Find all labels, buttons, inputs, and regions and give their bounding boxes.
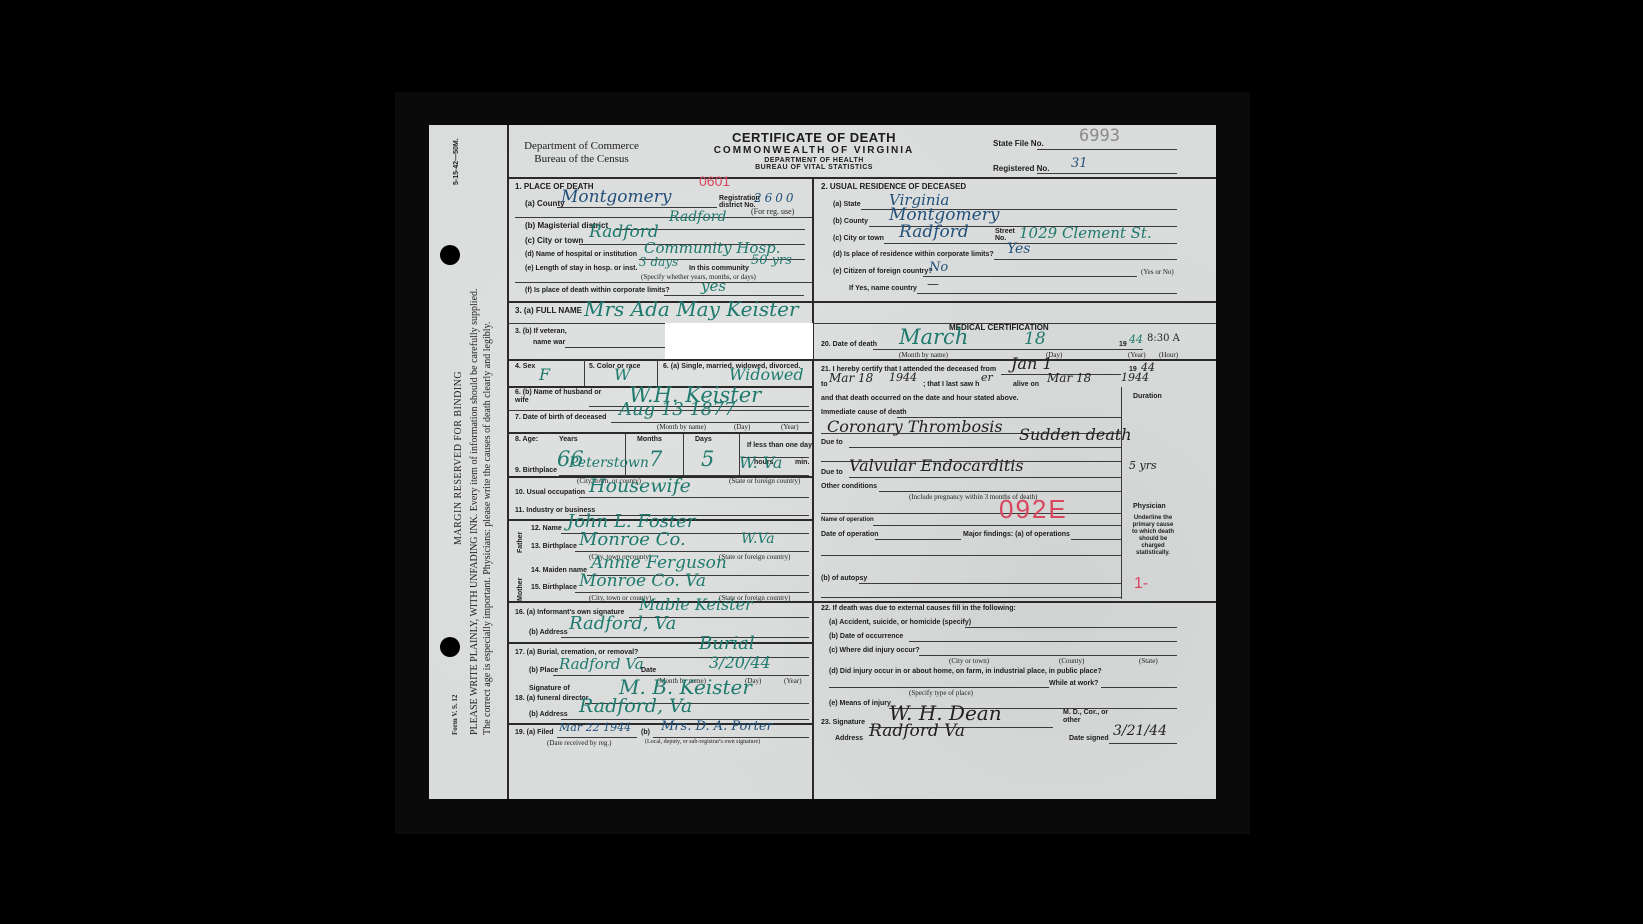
- due-to-2: Valvular Endocarditis: [849, 456, 1024, 475]
- burial-place: Radford Va: [559, 655, 644, 673]
- death-county: Montgomery: [561, 187, 671, 207]
- death-day: 18: [1024, 329, 1046, 349]
- instructions-line-2: The correct age is especially important.…: [482, 322, 493, 735]
- residence-within-limits: Yes: [1007, 241, 1031, 257]
- death-time: 8:30 A: [1147, 333, 1180, 344]
- registered-number: 31: [1071, 156, 1088, 171]
- physician-address: Radford Va: [869, 721, 965, 741]
- physician-mark: 1-: [1134, 575, 1148, 593]
- death-month: March: [899, 325, 968, 349]
- funeral-director-address: Radford, Va: [579, 695, 692, 717]
- community-stay: 50 yrs: [751, 253, 792, 268]
- residence-city: Radford: [899, 222, 969, 242]
- magisterial-district: Radford: [669, 209, 726, 225]
- binding-note: MARGIN RESERVED FOR BINDING: [453, 371, 464, 545]
- instructions-line-1: PLEASE WRITE PLAINLY, WITH UNFADING INK.…: [469, 288, 480, 735]
- punch-hole-bottom: [440, 637, 460, 657]
- burial-type: Burial: [699, 633, 755, 654]
- registration-district: 2600: [754, 191, 797, 205]
- commonwealth: COMMONWEALTH OF VIRGINIA: [679, 145, 949, 156]
- street-address: 1029 Clement St.: [1019, 224, 1152, 242]
- form-number: Form V. S. 12: [451, 695, 459, 735]
- hospital-stay: 3 days: [639, 255, 678, 269]
- print-code: 5-15-42—50M.: [453, 138, 460, 185]
- birthplace-state: W. Va: [739, 453, 782, 472]
- mother-maiden-name: Annie Ferguson: [591, 553, 727, 573]
- foreign-country: —: [927, 277, 939, 291]
- date-signed: 3/21/44: [1113, 723, 1167, 739]
- punch-hole-top: [440, 245, 460, 265]
- father-birthplace: Monroe Co.: [579, 529, 686, 550]
- issuing-department: Department of Commerce Bureau of the Cen…: [509, 140, 654, 166]
- redacted-area: [665, 323, 813, 359]
- death-year: 44: [1129, 333, 1143, 346]
- residence-heading: 2. USUAL RESIDENCE OF DECEASED: [821, 182, 966, 191]
- burial-date: 3/20/44: [709, 653, 771, 672]
- due-to-2-duration: 5 yrs: [1129, 459, 1157, 472]
- age-days: 5: [701, 447, 714, 471]
- physician-instructions: Underline the primary cause to which dea…: [1129, 515, 1177, 557]
- foreign-citizen: No: [929, 260, 948, 275]
- informant-signature: Mable Keister: [639, 595, 753, 614]
- date-of-birth: Aug 13 1877: [619, 399, 735, 420]
- mother-birthplace: Monroe Co. Va: [579, 571, 706, 591]
- certificate-title: CERTIFICATE OF DEATH: [679, 130, 949, 145]
- attended-to: Mar 18: [829, 371, 873, 385]
- race: W: [614, 365, 630, 384]
- last-seen-alive: Mar 18: [1047, 371, 1091, 385]
- certificate-title-block: CERTIFICATE OF DEATH COMMONWEALTH OF VIR…: [679, 130, 949, 171]
- mother-label: Mother: [517, 578, 524, 601]
- registrar-signature: Mrs. D. A. Porter: [661, 719, 773, 734]
- binding-margin: 5-15-42—50M. Form V. S. 12 MARGIN RESERV…: [429, 125, 509, 799]
- filed-date: Mar 22 1944: [559, 721, 631, 734]
- full-name: Mrs Ada May Keister: [584, 297, 799, 321]
- due-to-1: Sudden death: [1019, 425, 1132, 444]
- stamp-code: 0601: [699, 173, 730, 189]
- death-certificate: 5-15-42—50M. Form V. S. 12 MARGIN RESERV…: [429, 125, 1216, 799]
- informant-address: Radford, Va: [569, 613, 676, 634]
- birthplace: Peterstown: [569, 455, 649, 471]
- age-months: 7: [649, 447, 662, 471]
- cause-code-stamp: 092E: [999, 494, 1068, 525]
- state-file-number: 6993: [1079, 126, 1120, 146]
- father-label: Father: [517, 532, 524, 553]
- death-within-limits: yes: [701, 277, 726, 295]
- marital-status: Widowed: [729, 365, 804, 384]
- sex: F: [539, 365, 550, 384]
- occupation: Housewife: [589, 475, 691, 497]
